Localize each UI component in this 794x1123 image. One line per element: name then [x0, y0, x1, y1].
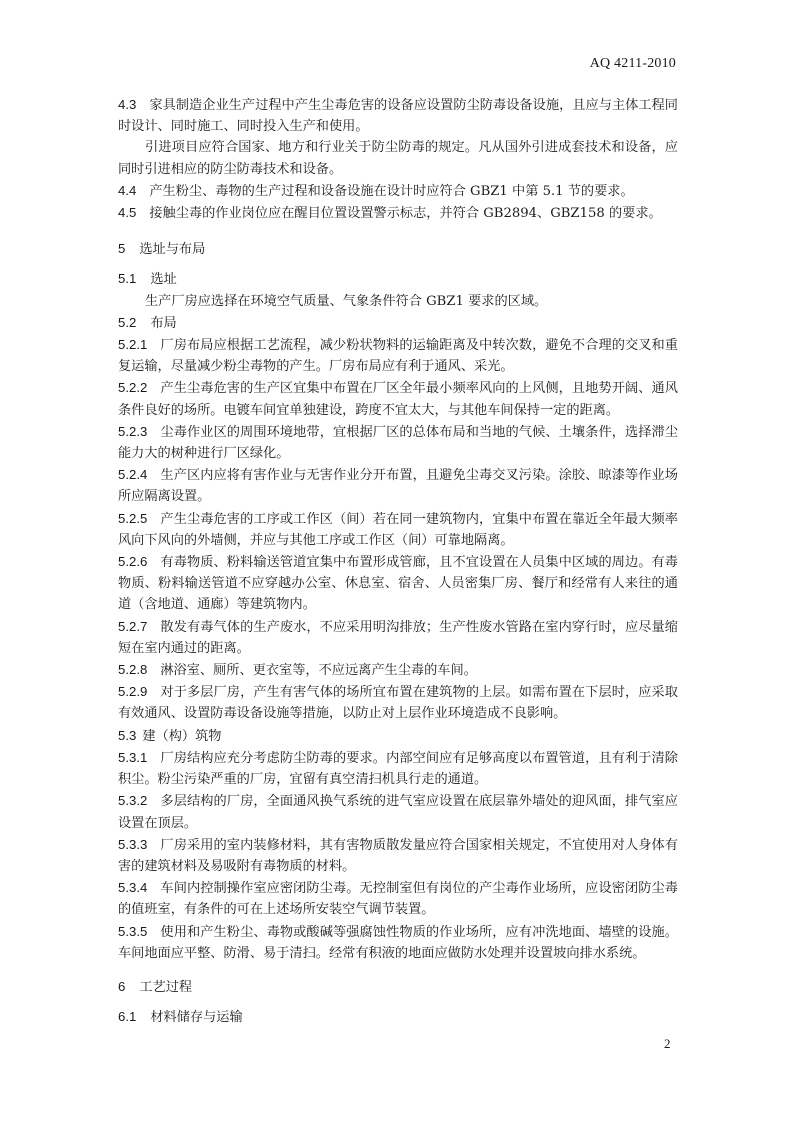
clause-number: 5.3.4 — [118, 880, 147, 895]
clause-5-2-9: 5.2.9对于多层厂房，产生有害气体的场所宜布置在建筑物的上层。如需布置在下层时… — [118, 681, 678, 724]
clause-text: 厂房采用的室内装修材料，其有害物质散发量应符合国家相关规定，不宜使用对人身体有害… — [118, 838, 678, 874]
clause-text: 生产区内应将有害作业与无害作业分开布置，且避免尘毒交叉污染。涂胶、晾漆等作业场所… — [118, 468, 678, 504]
clause-number: 5.2.3 — [118, 424, 147, 439]
clause-text: 有毒物质、粉料输送管道宜集中布置形成管廊，且不宜设置在人员集中区域的周边。有毒物… — [118, 555, 678, 612]
clause-number: 5.2.7 — [118, 619, 147, 634]
clause-text: 产生尘毒危害的工序或工作区（间）若在同一建筑物内，宜集中布置在靠近全年最大频率风… — [118, 512, 678, 548]
clause-text: 引进项目应符合国家、地方和行业关于防尘防毒的规定。凡从国外引进成套技术和设备，应… — [118, 140, 678, 176]
clause-text: 多层结构的厂房，全面通风换气系统的进气室应设置在底层靠外墙处的迎风面，排气室应设… — [118, 794, 678, 830]
clause-number: 5.3.3 — [118, 837, 147, 852]
section-title: 工艺过程 — [139, 980, 192, 995]
clause-4-5: 4.5接触尘毒的作业岗位应在醒目位置设置警示标志，并符合 GB2894、GBZ1… — [118, 202, 678, 224]
section-number: 5 — [118, 241, 125, 256]
clause-text: 厂房布局应根据工艺流程，减少粉状物料的运输距离及中转次数，避免不合理的交叉和重复… — [118, 338, 678, 374]
document-code: AQ 4211-2010 — [590, 56, 676, 72]
clause-text: 接触尘毒的作业岗位应在醒目位置设置警示标志，并符合 GB2894、GBZ158 … — [149, 206, 661, 221]
clause-number: 5.3.1 — [118, 750, 147, 765]
clause-4-3-paragraph-2: 引进项目应符合国家、地方和行业关于防尘防毒的规定。凡从国外引进成套技术和设备，应… — [118, 137, 678, 179]
section-number: 5.1 — [118, 271, 136, 286]
clause-text: 淋浴室、厕所、更衣室等，不应远离产生尘毒的车间。 — [160, 663, 477, 678]
section-number: 6 — [118, 979, 125, 994]
clause-text: 产生尘毒危害的生产区宜集中布置在厂区全年最小频率风向的上风侧，且地势开阔、通风条… — [118, 381, 678, 417]
clause-5-2-1: 5.2.1厂房布局应根据工艺流程，减少粉状物料的运输距离及中转次数，避免不合理的… — [118, 334, 678, 377]
clause-number: 5.2.6 — [118, 554, 147, 569]
section-title: 布局 — [150, 316, 176, 331]
clause-5-2-7: 5.2.7散发有毒气体的生产废水，不应采用明沟排放；生产性废水管路在室内穿行时，… — [118, 616, 678, 659]
clause-number: 4.4 — [118, 183, 136, 198]
clause-text: 车间内控制操作室应密闭防尘毒。无控制室但有岗位的产尘毒作业场所，应设密闭防尘毒的… — [118, 881, 678, 917]
clause-4-4: 4.4产生粉尘、毒物的生产过程和设备设施在设计时应符合 GBZ1 中第 5.1 … — [118, 180, 678, 202]
section-title: 材料储存与运输 — [150, 1010, 242, 1025]
clause-number: 5.2.5 — [118, 511, 147, 526]
clause-text: 尘毒作业区的周围环境地带，宜根据厂区的总体布局和当地的气候、土壤条件，选择滞尘能… — [118, 425, 678, 461]
section-6-heading: 6工艺过程 — [118, 976, 678, 998]
clause-5-3-5: 5.3.5使用和产生粉尘、毒物或酸碱等强腐蚀性物质的作业场所，应有冲洗地面、墙壁… — [118, 921, 678, 964]
clause-text: 生产厂房应选择在环境空气质量、气象条件符合 GBZ1 要求的区域。 — [145, 294, 547, 309]
clause-5-2-3: 5.2.3尘毒作业区的周围环境地带，宜根据厂区的总体布局和当地的气候、土壤条件，… — [118, 421, 678, 464]
clause-text: 产生粉尘、毒物的生产过程和设备设施在设计时应符合 GBZ1 中第 5.1 节的要… — [149, 184, 633, 199]
clause-number: 4.5 — [118, 205, 136, 220]
clause-text: 对于多层厂房，产生有害气体的场所宜布置在建筑物的上层。如需布置在下层时，应采取有… — [118, 685, 678, 721]
clause-5-2-6: 5.2.6有毒物质、粉料输送管道宜集中布置形成管廊，且不宜设置在人员集中区域的周… — [118, 551, 678, 616]
section-title: 建（构）筑物 — [142, 729, 221, 744]
clause-5-2-4: 5.2.4生产区内应将有害作业与无害作业分开布置，且避免尘毒交叉污染。涂胶、晾漆… — [118, 464, 678, 507]
section-number: 5.3 — [118, 728, 136, 743]
clause-text: 家具制造企业生产过程中产生尘毒危害的设备应设置防尘防毒设备设施，且应与主体工程同… — [118, 98, 678, 134]
clause-5-3-4: 5.3.4车间内控制操作室应密闭防尘毒。无控制室但有岗位的产尘毒作业场所，应设密… — [118, 877, 678, 920]
section-number: 5.2 — [118, 315, 136, 330]
clause-number: 4.3 — [118, 97, 136, 112]
section-6-1-heading: 6.1材料储存与运输 — [118, 1006, 678, 1028]
section-5-heading: 5选址与布局 — [118, 238, 678, 260]
clause-number: 5.2.4 — [118, 467, 147, 482]
clause-5-2-8: 5.2.8淋浴室、厕所、更衣室等，不应远离产生尘毒的车间。 — [118, 659, 678, 681]
section-5-3-heading: 5.3建（构）筑物 — [118, 725, 678, 747]
section-5-2-heading: 5.2布局 — [118, 312, 678, 334]
clause-number: 5.2.2 — [118, 380, 147, 395]
section-number: 6.1 — [118, 1009, 136, 1024]
section-title: 选址 — [150, 272, 176, 287]
clause-text: 散发有毒气体的生产废水，不应采用明沟排放；生产性废水管路在室内穿行时，应尽量缩短… — [118, 620, 678, 656]
section-title: 选址与布局 — [139, 242, 205, 257]
clause-number: 5.2.9 — [118, 684, 147, 699]
clause-5-3-2: 5.3.2多层结构的厂房，全面通风换气系统的进气室应设置在底层靠外墙处的迎风面，… — [118, 790, 678, 833]
clause-number: 5.3.2 — [118, 793, 147, 808]
clause-5-3-1: 5.3.1厂房结构应充分考虑防尘防毒的要求。内部空间应有足够高度以布置管道，且有… — [118, 747, 678, 790]
clause-number: 5.3.5 — [118, 924, 147, 939]
clause-text: 使用和产生粉尘、毒物或酸碱等强腐蚀性物质的作业场所，应有冲洗地面、墙壁的设施。车… — [118, 925, 678, 961]
clause-text: 厂房结构应充分考虑防尘防毒的要求。内部空间应有足够高度以布置管道，且有利于清除积… — [118, 751, 678, 787]
page-number: 2 — [664, 1036, 671, 1052]
clause-number: 5.2.8 — [118, 662, 147, 677]
clause-5-2-2: 5.2.2产生尘毒危害的生产区宜集中布置在厂区全年最小频率风向的上风侧，且地势开… — [118, 377, 678, 420]
clause-number: 5.2.1 — [118, 337, 147, 352]
clause-5-3-3: 5.3.3厂房采用的室内装修材料，其有害物质散发量应符合国家相关规定，不宜使用对… — [118, 834, 678, 877]
clause-4-3: 4.3家具制造企业生产过程中产生尘毒危害的设备应设置防尘防毒设备设施，且应与主体… — [118, 94, 678, 137]
document-body: 4.3家具制造企业生产过程中产生尘毒危害的设备应设置防尘防毒设备设施，且应与主体… — [118, 94, 678, 1028]
section-5-1-paragraph: 生产厂房应选择在环境空气质量、气象条件符合 GBZ1 要求的区域。 — [118, 291, 678, 312]
section-5-1-heading: 5.1选址 — [118, 268, 678, 290]
clause-5-2-5: 5.2.5产生尘毒危害的工序或工作区（间）若在同一建筑物内，宜集中布置在靠近全年… — [118, 508, 678, 551]
